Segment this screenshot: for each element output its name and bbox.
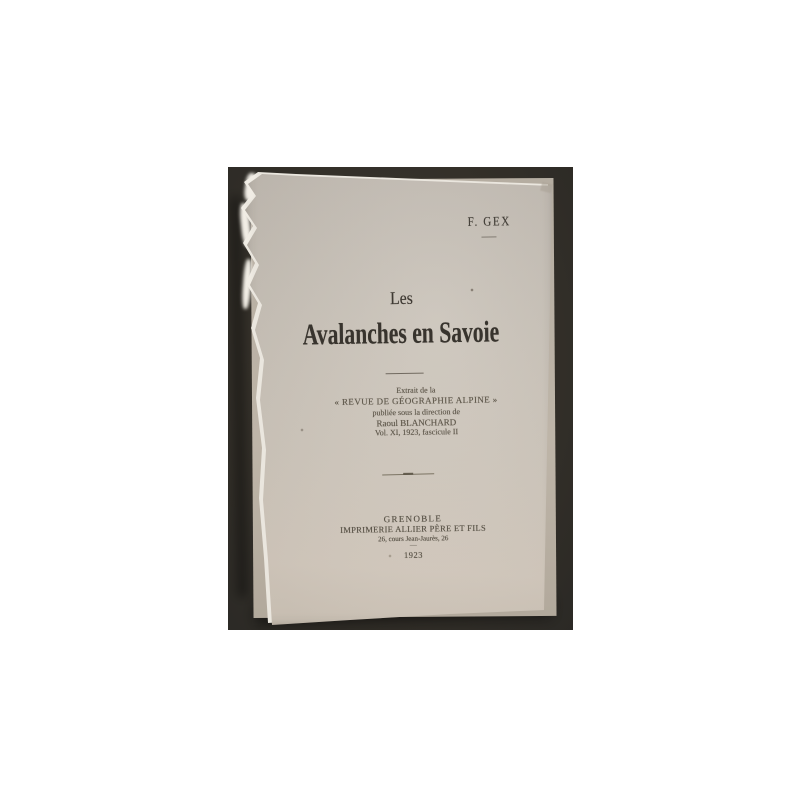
separator-rule-center bbox=[403, 473, 413, 475]
photograph: F. GEX Les Avalanches en Savoie Extrait … bbox=[228, 167, 573, 630]
title-rule bbox=[386, 373, 424, 375]
author-name: F. GEX bbox=[447, 213, 531, 230]
photo-canvas: F. GEX Les Avalanches en Savoie Extrait … bbox=[0, 0, 800, 800]
title-article: Les bbox=[269, 286, 533, 311]
author-flourish bbox=[481, 236, 496, 237]
cover-printed-content: F. GEX Les Avalanches en Savoie Extrait … bbox=[236, 167, 559, 630]
page-title: Avalanches en Savoie bbox=[293, 315, 510, 352]
